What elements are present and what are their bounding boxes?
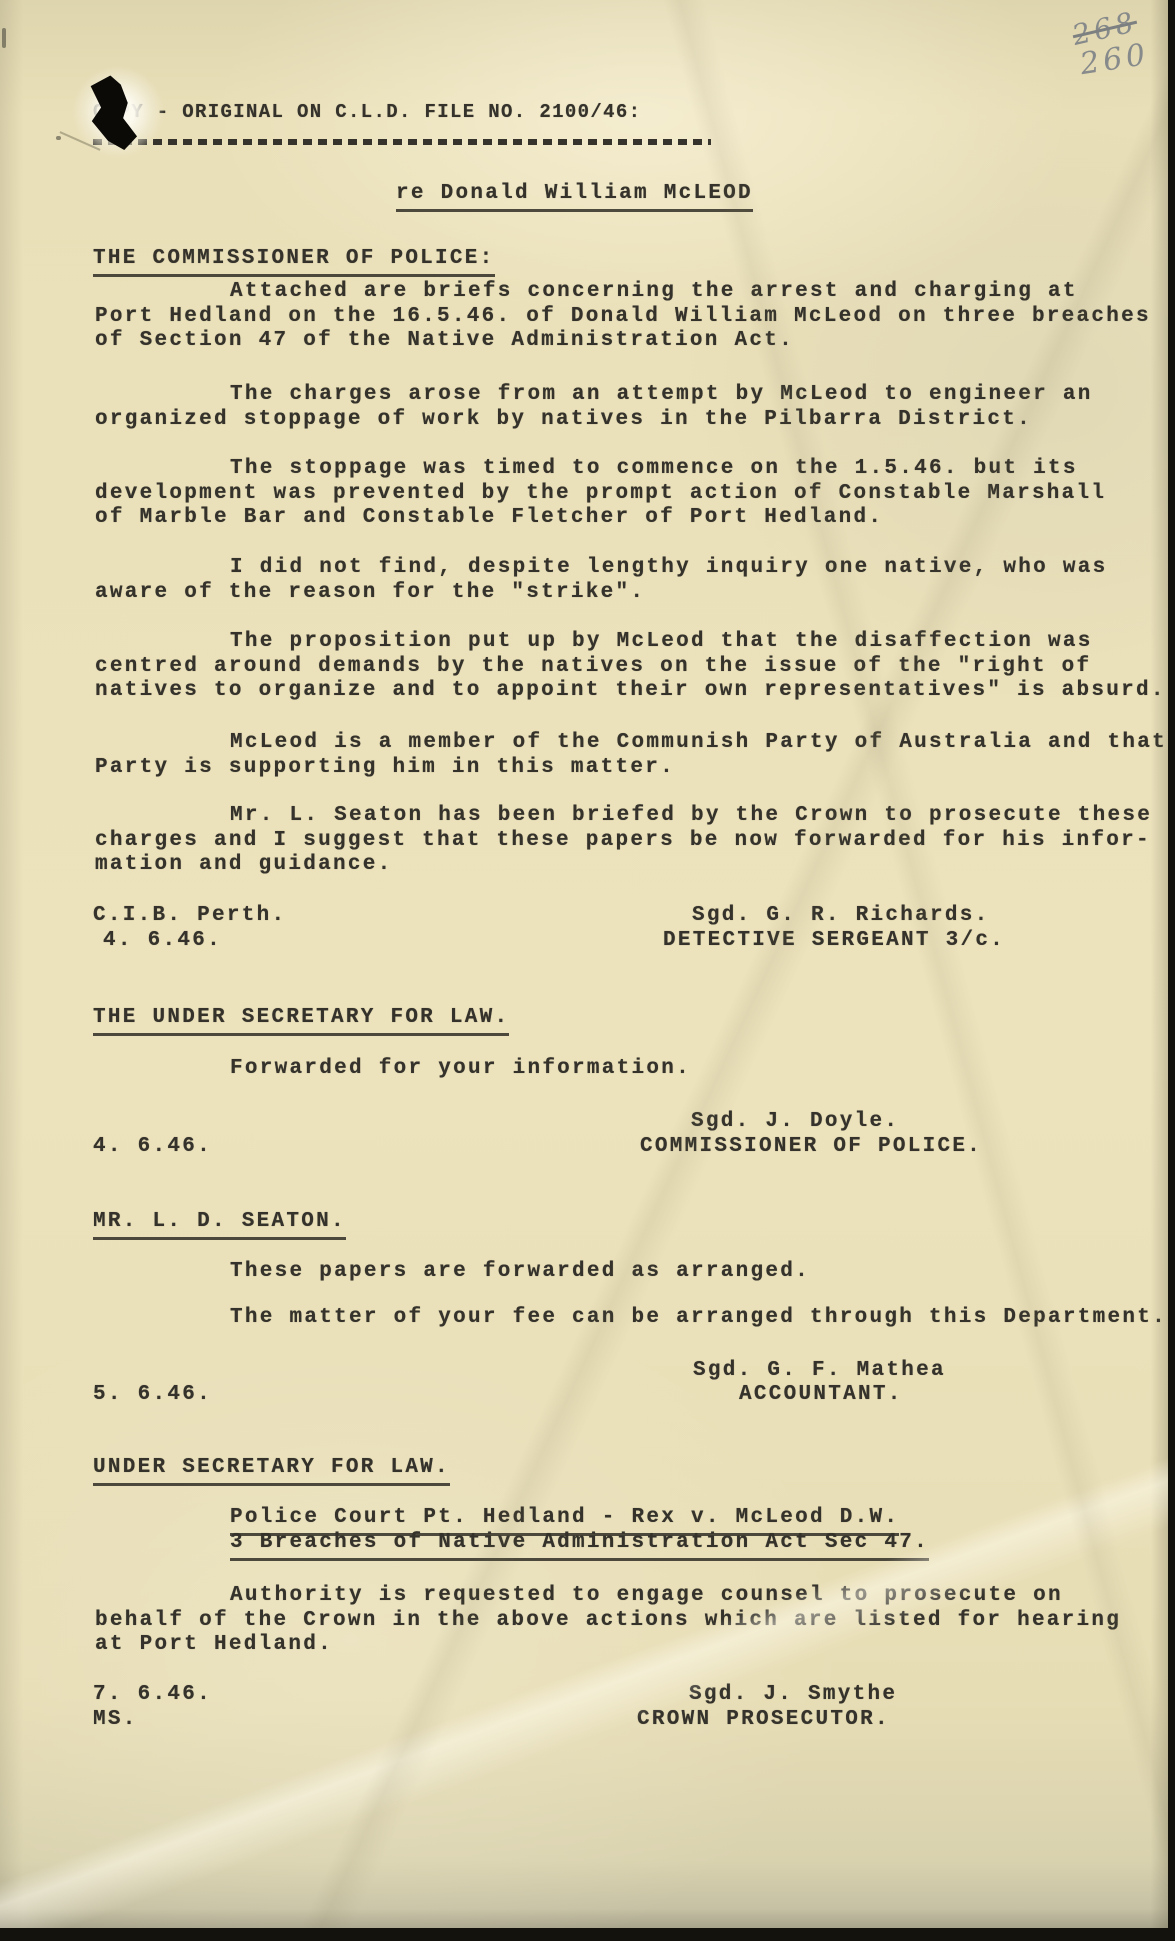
paragraph: Authority is requested to engage counsel… bbox=[95, 1584, 1173, 1658]
paragraph: These papers are forwarded as arranged. bbox=[230, 1260, 810, 1285]
file-reference-line: COPY - ORIGINAL ON C.L.D. FILE NO. 2100/… bbox=[93, 100, 641, 125]
header-divider bbox=[93, 139, 711, 145]
section-heading-under-secretary-for-law-2: UNDER SECRETARY FOR LAW. bbox=[93, 1456, 450, 1486]
signature-date: 5. 6.46. bbox=[93, 1383, 212, 1408]
paragraph: I did not find, despite lengthy inquiry … bbox=[95, 556, 1173, 605]
paragraph: The proposition put up by McLeod that th… bbox=[95, 630, 1173, 704]
signature-role: CROWN PROSECUTOR. bbox=[637, 1708, 890, 1733]
document-page: 268 260 COPY - ORIGINAL ON C.L.D. FILE N… bbox=[0, 0, 1168, 1928]
signature-name: Sgd. G. R. Richards. bbox=[692, 904, 989, 929]
section-heading-commissioner-of-police: THE COMMISSIONER OF POLICE: bbox=[93, 247, 495, 277]
paragraph: Mr. L. Seaton has been briefed by the Cr… bbox=[95, 804, 1173, 878]
signature-date: 7. 6.46. bbox=[93, 1683, 212, 1708]
paper-speck bbox=[56, 136, 61, 140]
edge-speck bbox=[2, 28, 6, 48]
paragraph: Attached are briefs concerning the arres… bbox=[95, 280, 1173, 354]
scan-background: 268 260 COPY - ORIGINAL ON C.L.D. FILE N… bbox=[0, 0, 1175, 1941]
paragraph: The charges arose from an attempt by McL… bbox=[95, 383, 1173, 432]
signature-date: 4. 6.46. bbox=[93, 1135, 212, 1160]
signature-name: Sgd. J. Smythe bbox=[689, 1683, 897, 1708]
section-heading-mr-seaton: MR. L. D. SEATON. bbox=[93, 1210, 346, 1240]
signature-name: Sgd. J. Doyle. bbox=[691, 1110, 899, 1135]
paragraph: The stoppage was timed to commence on th… bbox=[95, 457, 1173, 531]
section-heading-under-secretary-for-law: THE UNDER SECRETARY FOR LAW. bbox=[93, 1006, 509, 1036]
signature-name: Sgd. G. F. Mathea bbox=[693, 1359, 946, 1384]
case-title-line-2: 3 Breaches of Native Administration Act … bbox=[230, 1531, 929, 1561]
paragraph: McLeod is a member of the Communish Part… bbox=[95, 731, 1173, 780]
signature-role: COMMISSIONER OF POLICE. bbox=[640, 1135, 982, 1160]
paragraph: The matter of your fee can be arranged t… bbox=[230, 1306, 1167, 1331]
signature-role: ACCOUNTANT. bbox=[739, 1383, 903, 1408]
signature-date: 4. 6.46. bbox=[103, 929, 222, 954]
signature-place: C.I.B. Perth. bbox=[93, 904, 286, 929]
paragraph: Forwarded for your information. bbox=[230, 1057, 691, 1082]
signature-initials: MS. bbox=[93, 1708, 138, 1733]
subject-line: re Donald William McLEOD bbox=[396, 182, 753, 212]
signature-role: DETECTIVE SERGEANT 3/c. bbox=[663, 929, 1005, 954]
